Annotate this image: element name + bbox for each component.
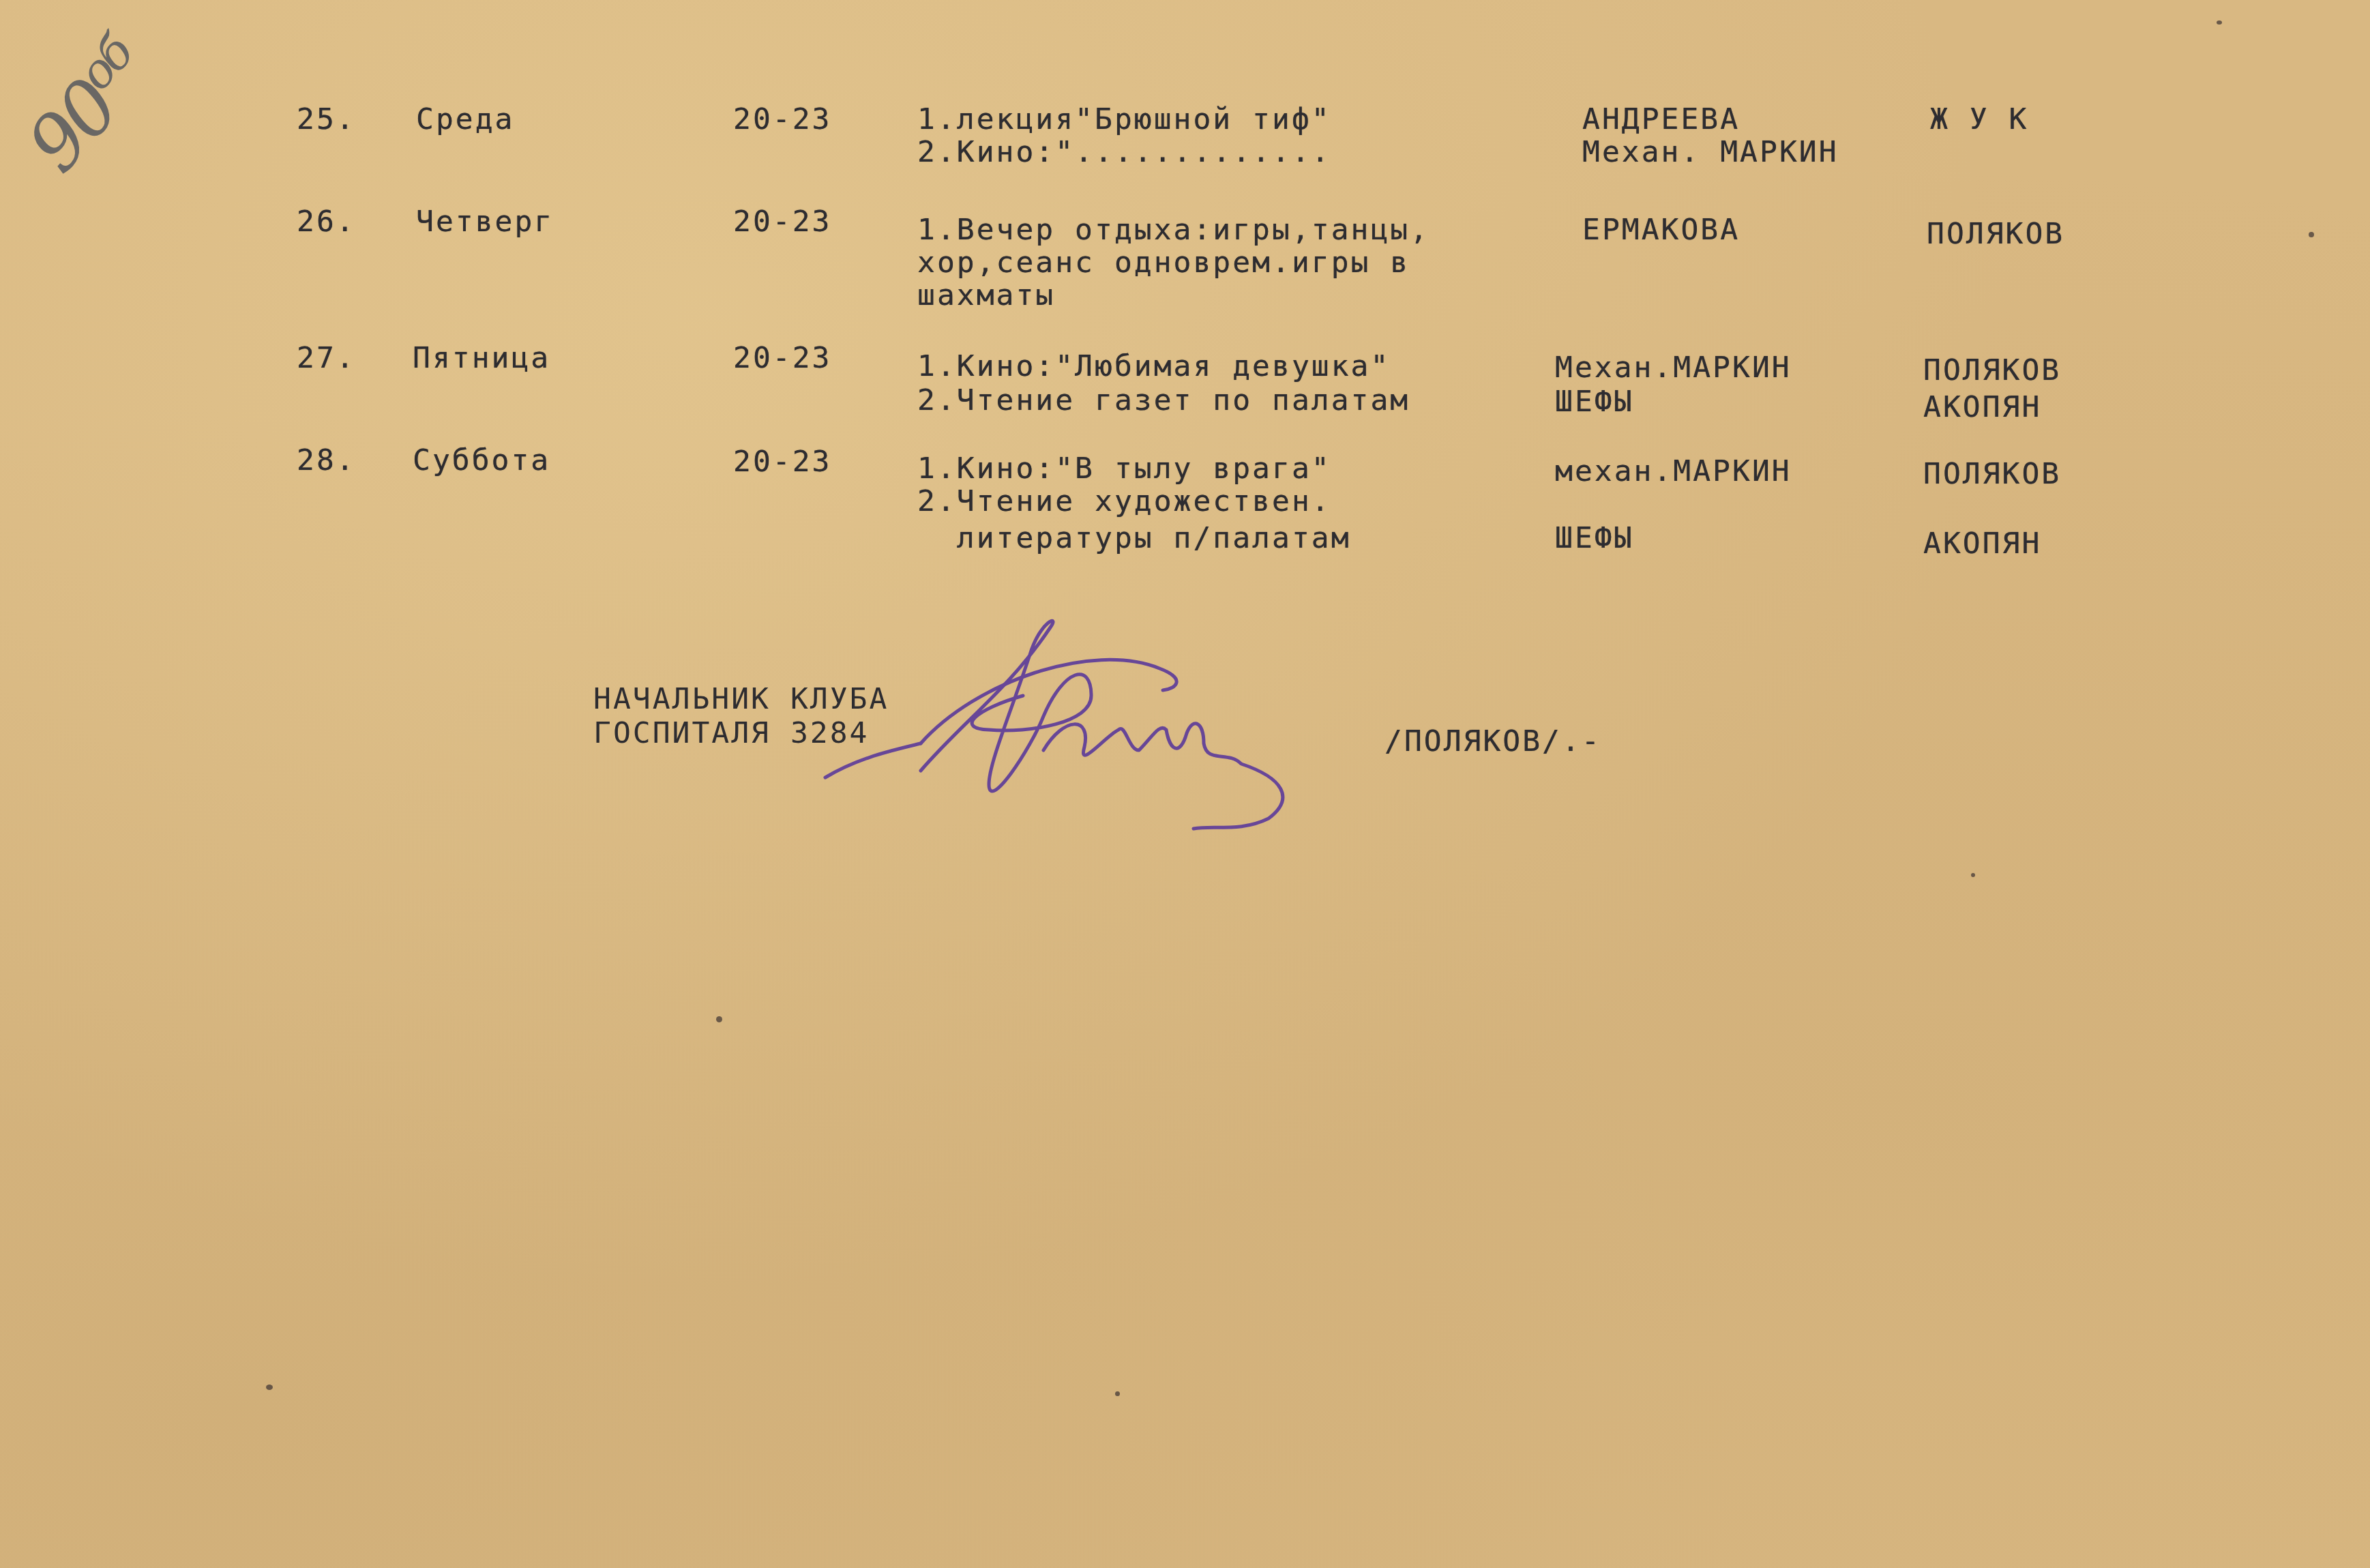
row-responsible: Механ. МАРКИН: [1582, 134, 1839, 171]
paper-speck: [266, 1385, 273, 1390]
paper-speck: [716, 1016, 722, 1022]
row-activity: 2.Чтение газет по палатам: [917, 382, 1410, 419]
handwritten-signature: [805, 614, 1446, 832]
row-time: 20-23: [733, 203, 831, 240]
row-number: 25.: [297, 101, 356, 138]
row-responsible: АНДРЕЕВА: [1582, 101, 1740, 138]
row-day: Четверг: [416, 203, 554, 240]
row-activity: 1.Кино:"Любимая девушка": [917, 348, 1390, 385]
row-responsible: механ.МАРКИН: [1555, 453, 1792, 490]
row-activity: 1.Вечер отдыха:игры,танцы,: [917, 211, 1430, 248]
row-activity: хор,сеанс одноврем.игры в: [917, 244, 1410, 281]
row-activity: 1.Кино:"В тылу врага": [917, 450, 1331, 487]
row-supervisor: ПОЛЯКОВ: [1927, 216, 2064, 252]
paper-speck: [1115, 1391, 1120, 1396]
row-time: 20-23: [733, 443, 831, 480]
row-number: 26.: [297, 203, 356, 240]
row-responsible: Механ.МАРКИН: [1555, 349, 1792, 386]
row-supervisor: АКОПЯН: [1923, 525, 2041, 562]
paper-speck: [2309, 232, 2314, 237]
row-activity: 2.Кино:".............: [917, 134, 1331, 171]
paper-speck: [2217, 20, 2222, 25]
row-supervisor: Ж У К: [1930, 101, 2028, 138]
row-supervisor: АКОПЯН: [1923, 389, 2041, 426]
folio-number: 90об: [9, 12, 231, 233]
row-day: Пятница: [413, 340, 550, 376]
row-supervisor: ПОЛЯКОВ: [1923, 456, 2061, 492]
row-time: 20-23: [733, 340, 831, 376]
row-activity: 1.лекция"Брюшной тиф": [917, 101, 1331, 138]
row-supervisor: ПОЛЯКОВ: [1923, 352, 2061, 389]
row-day: Суббота: [413, 442, 550, 479]
paper-speck: [1971, 873, 1975, 877]
row-responsible: ШЕФЫ: [1555, 383, 1634, 420]
row-number: 27.: [297, 340, 356, 376]
row-activity: 2.Чтение художествен.: [917, 483, 1331, 520]
row-day: Среда: [416, 101, 514, 138]
row-activity: литературы п/палатам: [917, 520, 1351, 557]
row-responsible: ЕРМАКОВА: [1582, 211, 1740, 248]
row-responsible: ШЕФЫ: [1555, 520, 1634, 557]
row-time: 20-23: [733, 101, 831, 138]
row-activity: шахматы: [917, 277, 1055, 314]
row-number: 28.: [297, 442, 356, 479]
